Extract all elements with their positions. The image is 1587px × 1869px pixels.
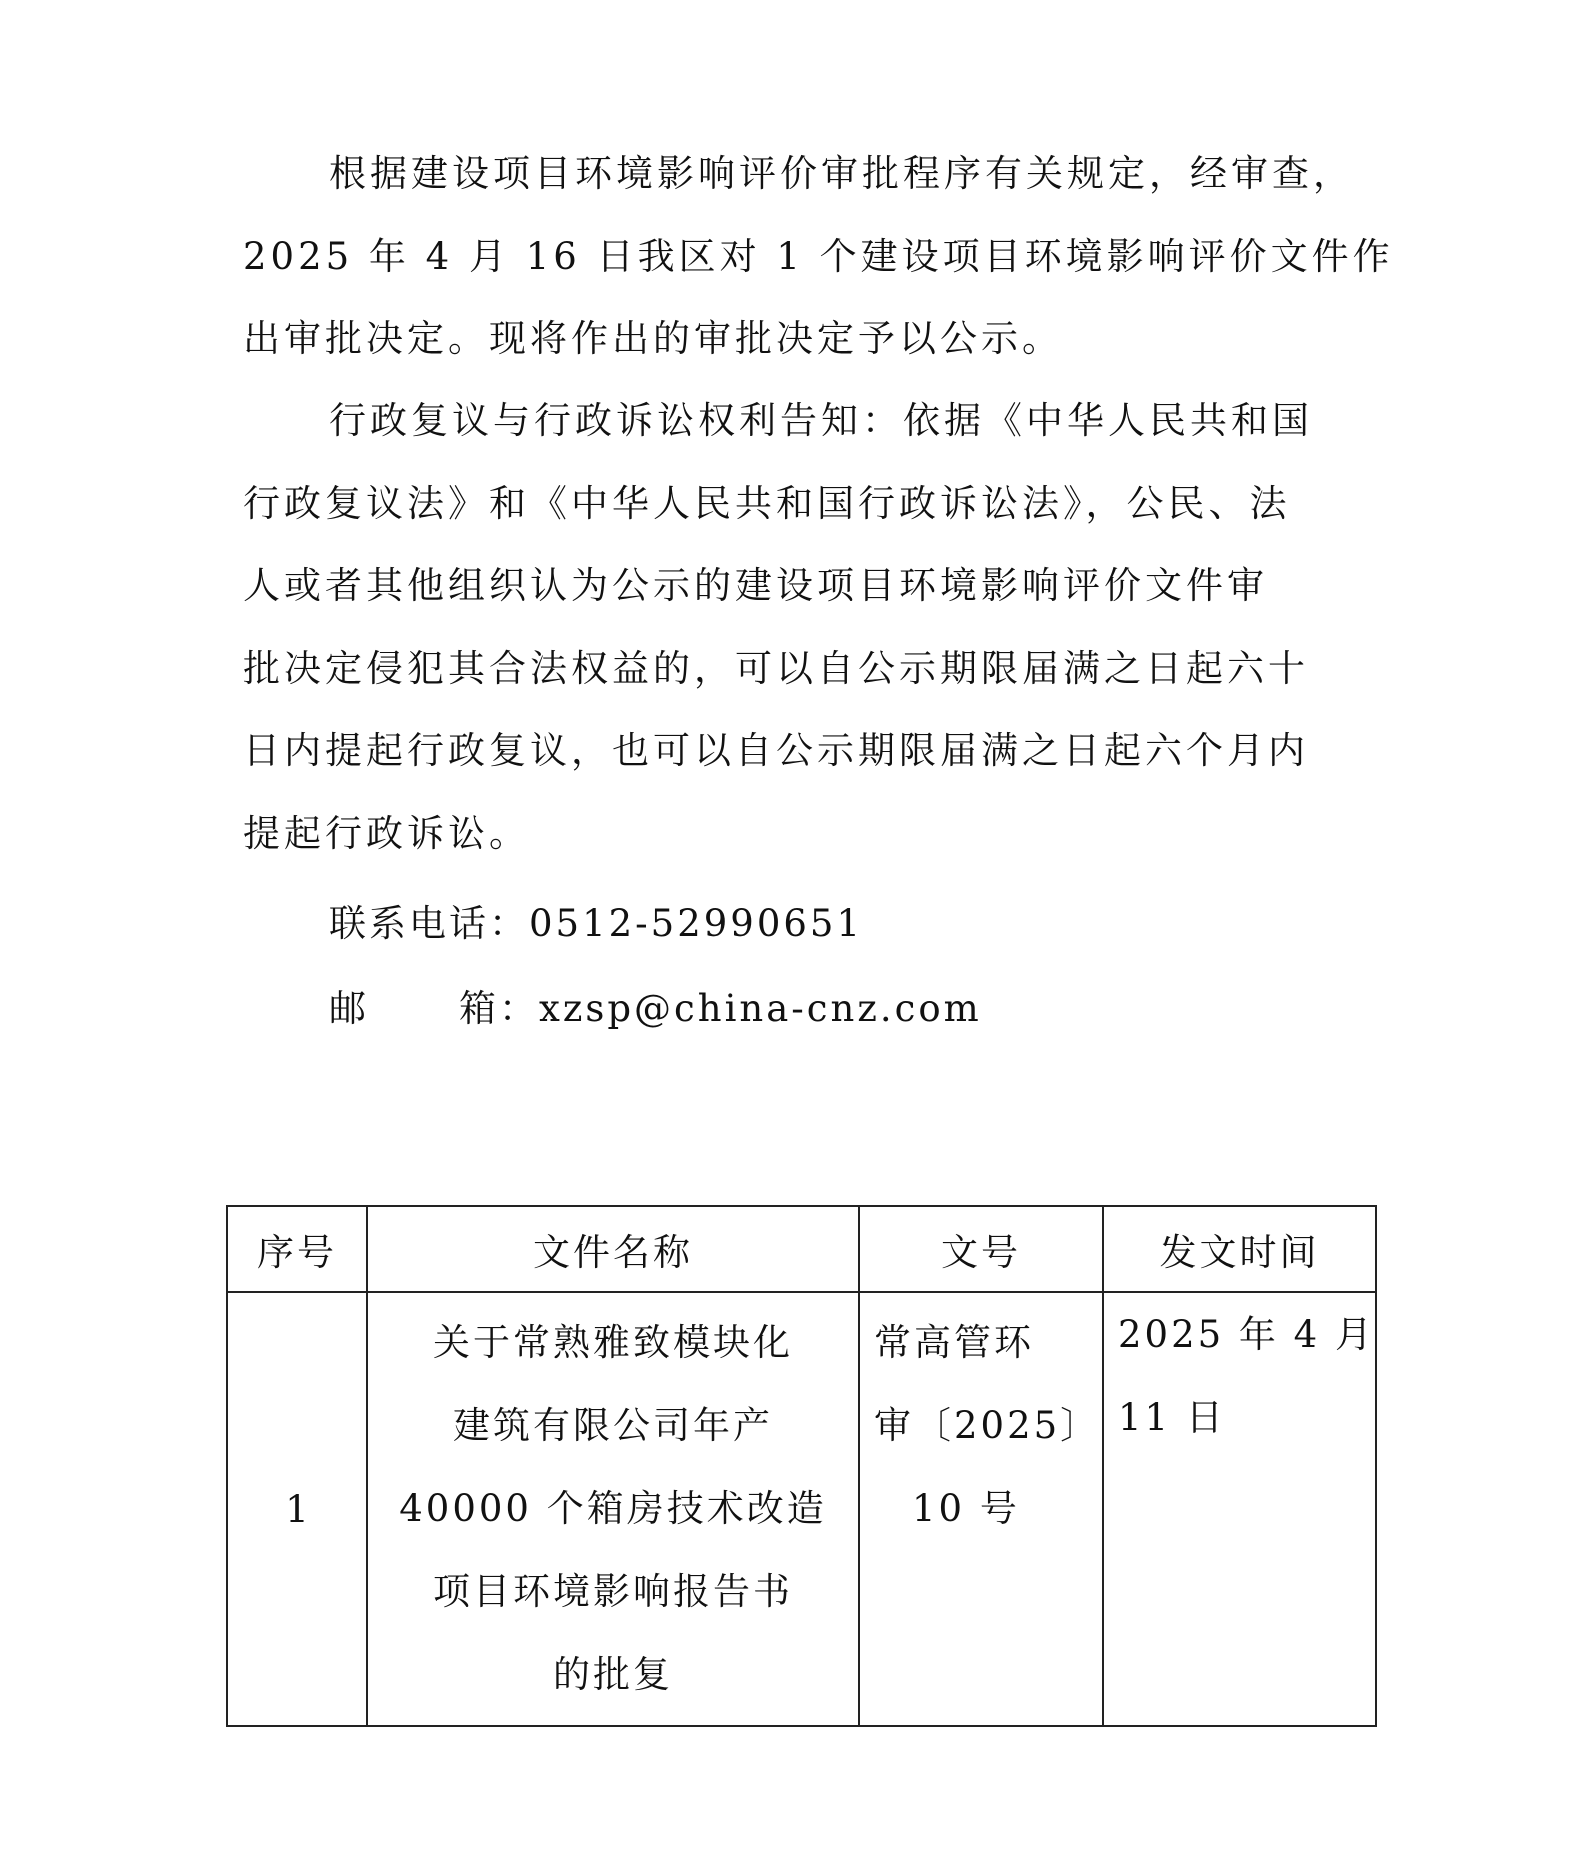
header-issue-date: 发文时间 — [1103, 1206, 1376, 1292]
email-label-part2: 箱： — [459, 987, 539, 1030]
cell-file-name: 关于常熟雅致模块化 建筑有限公司年产 40000 个箱房技术改造 项目环境影响报… — [367, 1292, 859, 1726]
header-doc-number: 文号 — [859, 1206, 1103, 1292]
header-file-name: 文件名称 — [367, 1206, 859, 1292]
notice-paragraph-approval: 根据建设项目环境影响评价审批程序有关规定，经审查， 2025 年 4 月 16 … — [243, 133, 1383, 381]
text-line: 11 日 — [1118, 1376, 1375, 1459]
cell-issue-date: 2025 年 4 月 11 日 — [1103, 1292, 1376, 1726]
text-line: 行政复议与行政诉讼权利告知：依据《中华人民共和国 — [243, 380, 1383, 463]
table-row: 1 关于常熟雅致模块化 建筑有限公司年产 40000 个箱房技术改造 项目环境影… — [227, 1292, 1376, 1726]
text-line: 2025 年 4 月 — [1118, 1293, 1375, 1376]
text-line: 根据建设项目环境影响评价审批程序有关规定，经审查， — [243, 133, 1383, 216]
phone-number: 0512-52990651 — [529, 902, 863, 945]
text-line: 建筑有限公司年产 — [368, 1384, 858, 1467]
table-header-row: 序号 文件名称 文号 发文时间 — [227, 1206, 1376, 1292]
text-line: 常高管环 — [874, 1301, 1102, 1384]
text-line: 人或者其他组织认为公示的建设项目环境影响评价文件审 — [243, 545, 1383, 628]
text-line: 的批复 — [368, 1633, 858, 1716]
text-line: 10 号 — [874, 1467, 1102, 1550]
text-line: 批决定侵犯其合法权益的，可以自公示期限届满之日起六十 — [243, 628, 1383, 711]
cell-seq: 1 — [227, 1292, 367, 1726]
contact-phone: 联系电话：0512-52990651 — [329, 899, 863, 949]
notice-paragraph-rights: 行政复议与行政诉讼权利告知：依据《中华人民共和国 行政复议法》和《中华人民共和国… — [243, 380, 1383, 875]
approval-table: 序号 文件名称 文号 发文时间 1 关于常熟雅致模块化 建筑有限公司年产 400… — [226, 1205, 1377, 1727]
text-line: 行政复议法》和《中华人民共和国行政诉讼法》，公民、法 — [243, 463, 1383, 546]
text-line: 出审批决定。现将作出的审批决定予以公示。 — [243, 298, 1383, 381]
text-line: 项目环境影响报告书 — [368, 1550, 858, 1633]
text-line: 2025 年 4 月 16 日我区对 1 个建设项目环境影响评价文件作 — [243, 216, 1383, 299]
email-label-part1: 邮 — [329, 987, 369, 1030]
text-line: 40000 个箱房技术改造 — [368, 1467, 858, 1550]
text-line: 审〔2025〕 — [874, 1384, 1102, 1467]
text-line: 关于常熟雅致模块化 — [368, 1301, 858, 1384]
text-line: 提起行政诉讼。 — [243, 793, 1383, 876]
email-address: xzsp@china-cnz.com — [539, 987, 982, 1030]
contact-email: 邮箱：xzsp@china-cnz.com — [329, 984, 982, 1034]
header-seq: 序号 — [227, 1206, 367, 1292]
cell-doc-number: 常高管环 审〔2025〕 10 号 — [859, 1292, 1103, 1726]
text-line: 日内提起行政复议，也可以自公示期限届满之日起六个月内 — [243, 710, 1383, 793]
phone-label: 联系电话： — [329, 902, 529, 945]
